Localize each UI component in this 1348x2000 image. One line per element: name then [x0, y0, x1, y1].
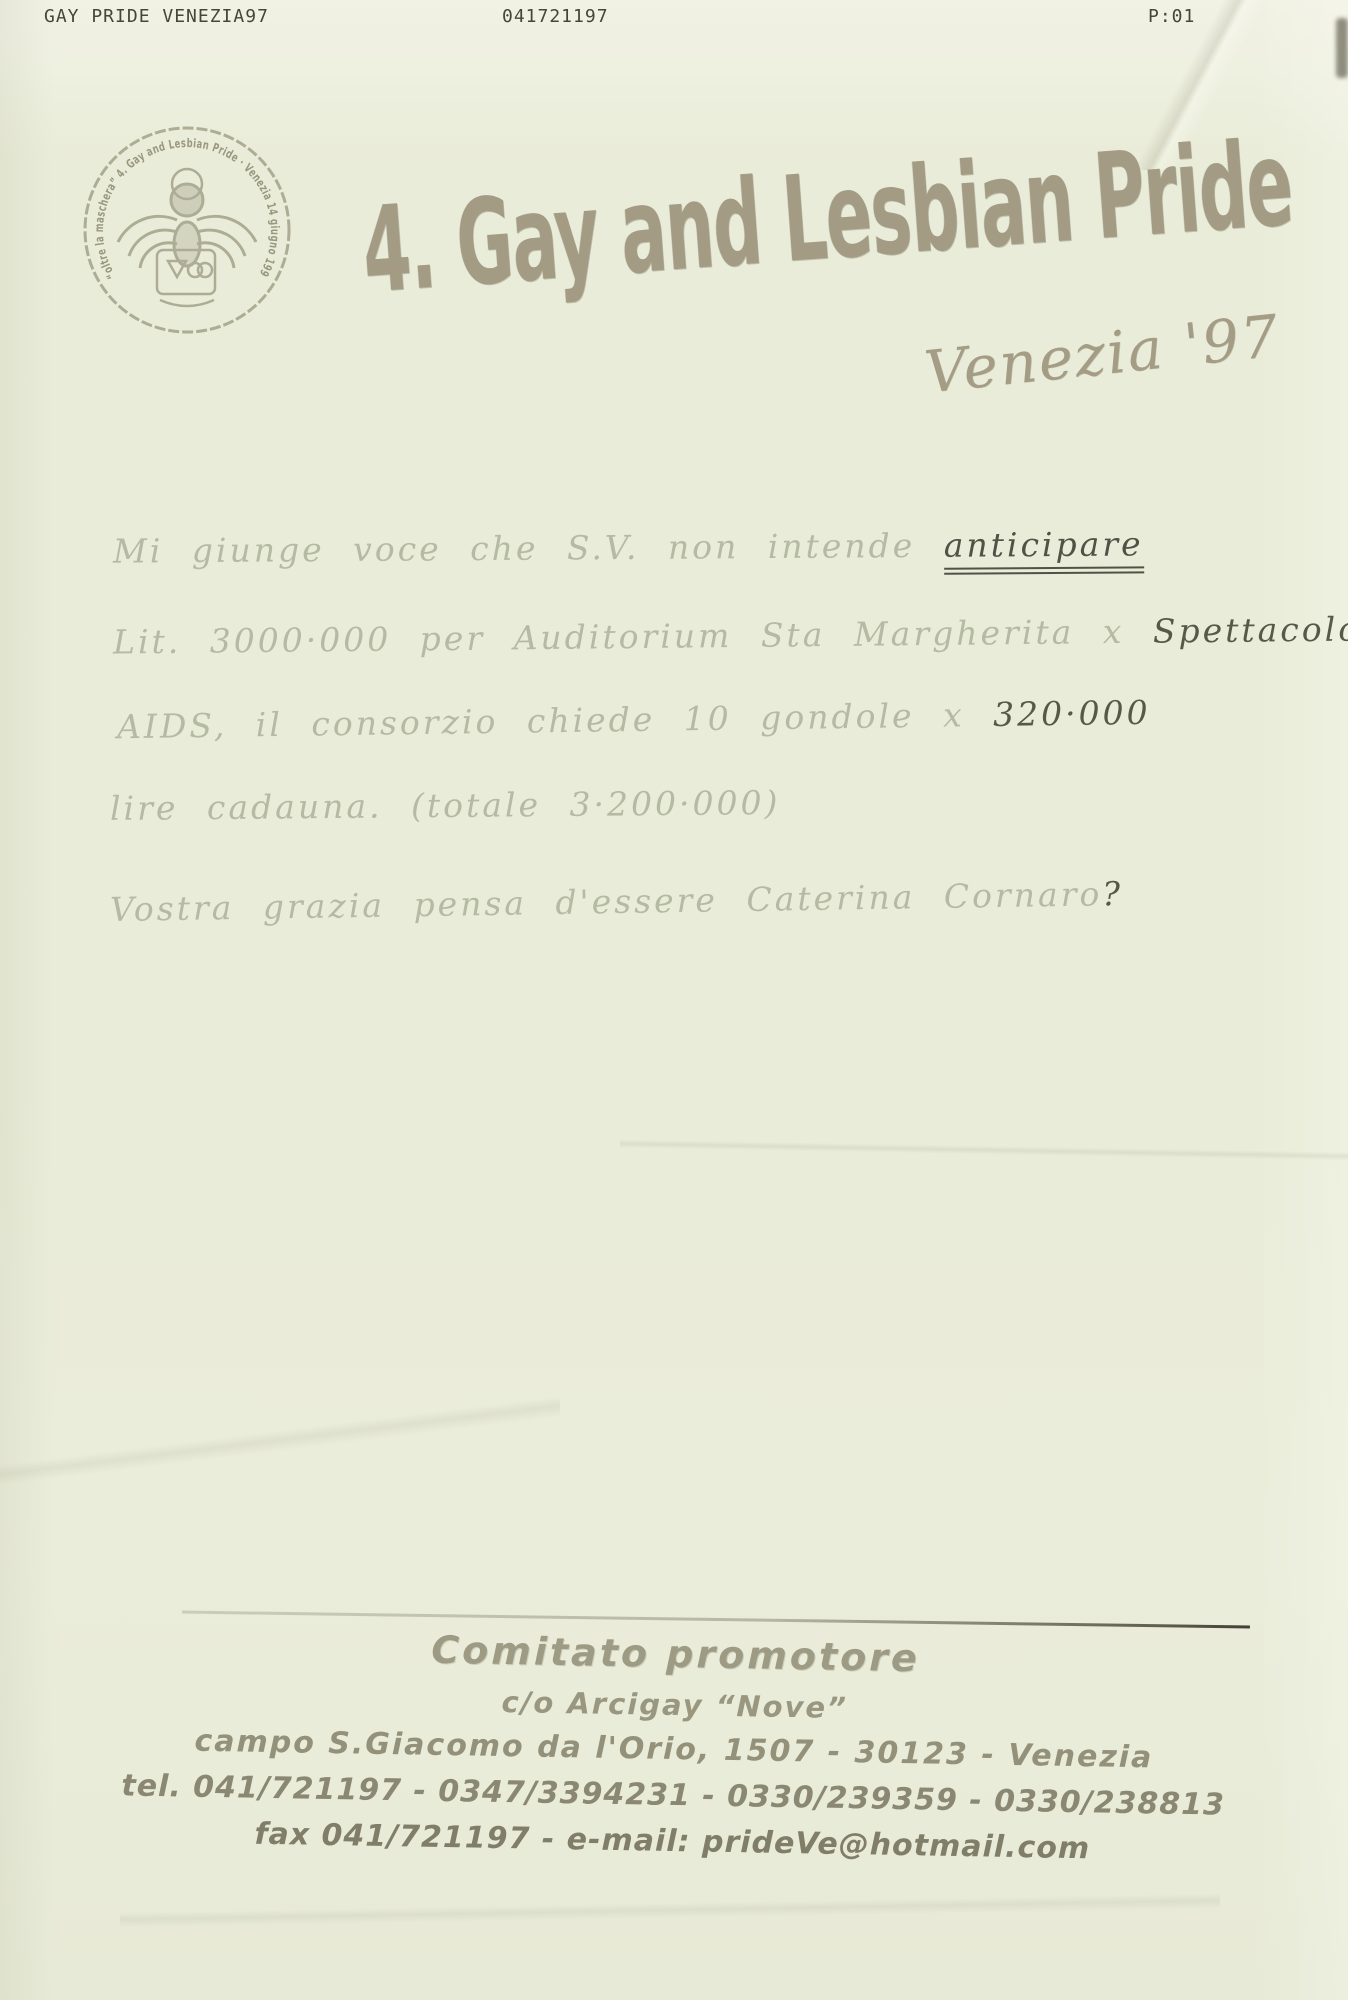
- scanned-fax-page: GAY PRIDE VENEZIA97 041721197 P:01: [0, 0, 1348, 2000]
- footer-contact-block: Comitato promotore c/o Arcigay “Nove” ca…: [0, 1620, 1348, 1870]
- fax-station-id: GAY PRIDE VENEZIA97: [44, 6, 269, 27]
- fax-page-number: P:01: [1148, 6, 1195, 27]
- paper-crease: [0, 1395, 560, 1485]
- handwritten-line: Mi giunge voce che S.V. non intende anti…: [113, 524, 1144, 570]
- footer-organization: Comitato promotore: [1, 1620, 1348, 1688]
- paper-crease: [620, 1120, 1348, 1180]
- handwritten-line: Lit. 3000·000 per Auditorium Sta Margher…: [113, 609, 1348, 661]
- paper-crease: [120, 1885, 1220, 1935]
- winged-lion-seal-icon: “oltre la maschera” 4. Gay and Lesbian P…: [80, 120, 294, 340]
- emphasized-word: 320·000: [993, 693, 1151, 734]
- emphasized-word: Spettacolo: [1153, 609, 1348, 650]
- letterhead-title: 4. Gay and Lesbian Pride: [358, 64, 1348, 319]
- underlined-word: anticipare: [944, 524, 1144, 574]
- handwritten-line: Vostra grazia pensa d'essere Caterina Co…: [110, 874, 1124, 929]
- emphasized-word: ?: [1102, 874, 1123, 913]
- fax-transmission-header: GAY PRIDE VENEZIA97 041721197 P:01: [0, 6, 1348, 36]
- handwritten-line: lire cadauna. (totale 3·200·000): [110, 783, 781, 828]
- letterhead-subtitle: Venezia '97: [921, 302, 1283, 407]
- handwritten-line: AIDS, il consorzio chiede 10 gondole x 3…: [117, 693, 1151, 746]
- fax-number: 041721197: [502, 6, 609, 27]
